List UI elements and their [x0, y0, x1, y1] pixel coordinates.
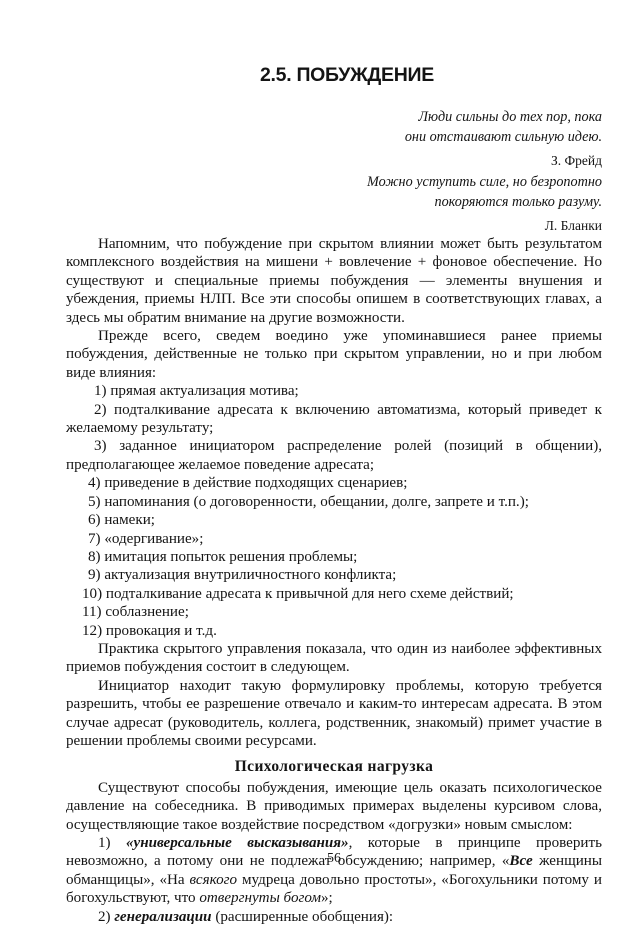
- epigraph-quote-line: Можно уступить силе, но безропотно: [367, 173, 602, 193]
- page-number: 56: [66, 851, 602, 867]
- list-item: 9) актуализация внутриличностного конфли…: [66, 566, 602, 584]
- term-generalizations: генерализации: [114, 909, 211, 925]
- paragraph-universal-statements: 1) «универсальные высказывания», которые…: [66, 834, 602, 908]
- emphasis-word: отвергнуты богом: [199, 890, 321, 906]
- section-title: Психологическая нагрузка: [66, 758, 602, 776]
- text-fragment: »;: [321, 890, 333, 906]
- list-item: 2) подталкивание адресата к включению ав…: [66, 401, 602, 438]
- emphasis-word: всякого: [190, 872, 238, 888]
- chapter-title: 2.5. ПОБУЖДЕНИЕ: [260, 64, 434, 87]
- epigraph-freud: Люди сильны до тех пор, пока они отстаив…: [405, 108, 602, 171]
- text-fragment: (расширенные обобщения):: [212, 909, 394, 925]
- list-item: 3) заданное инициатором распределение ро…: [66, 437, 602, 474]
- epigraph-author: З. Фрейд: [405, 151, 602, 171]
- list-item: 8) имитация попыток решения проблемы;: [66, 548, 602, 566]
- paragraph-practice: Практика скрытого управления показала, ч…: [66, 640, 602, 677]
- epigraph-quote-line: Люди сильны до тех пор, пока: [405, 108, 602, 128]
- term-universal-statements: «универсальные высказывания»: [126, 835, 349, 851]
- epigraph-blanqui: Можно уступить силе, но безропотно покор…: [367, 173, 602, 236]
- body-text: Напомним, что побуждение при скрытом вли…: [66, 235, 602, 926]
- list-item: 11) соблазнение;: [66, 603, 602, 621]
- paragraph-initiator: Инициатор находит такую формулировку про…: [66, 677, 602, 751]
- techniques-list: 1) прямая актуализация мотива; 2) подтал…: [66, 382, 602, 640]
- list-item: 12) провокация и т.д.: [66, 622, 602, 640]
- list-item: 10) подталкивание адресата к привычной д…: [66, 585, 602, 603]
- paragraph-list-lead: Прежде всего, сведем воедино уже упомина…: [66, 327, 602, 382]
- list-item: 4) приведение в действие подходящих сцен…: [66, 474, 602, 492]
- item-number: 1): [98, 835, 111, 851]
- list-item: 1) прямая актуализация мотива;: [66, 382, 602, 400]
- item-number: 2): [98, 909, 111, 925]
- paragraph-generalizations: 2) генерализации (расширенные обобщения)…: [66, 908, 602, 926]
- list-item: 7) «одергивание»;: [66, 530, 602, 548]
- paragraph-section-intro: Существуют способы побуждения, имеющие ц…: [66, 779, 602, 834]
- book-page: 2.5. ПОБУЖДЕНИЕ Люди сильны до тех пор, …: [66, 0, 602, 946]
- epigraph-quote-line: они отстаивают сильную идею.: [405, 128, 602, 148]
- paragraph-intro: Напомним, что побуждение при скрытом вли…: [66, 235, 602, 327]
- list-item: 6) намеки;: [66, 511, 602, 529]
- epigraph-author: Л. Бланки: [367, 216, 602, 236]
- epigraph-quote-line: покоряются только разуму.: [367, 193, 602, 213]
- list-item: 5) напоминания (о договоренности, обещан…: [66, 493, 602, 511]
